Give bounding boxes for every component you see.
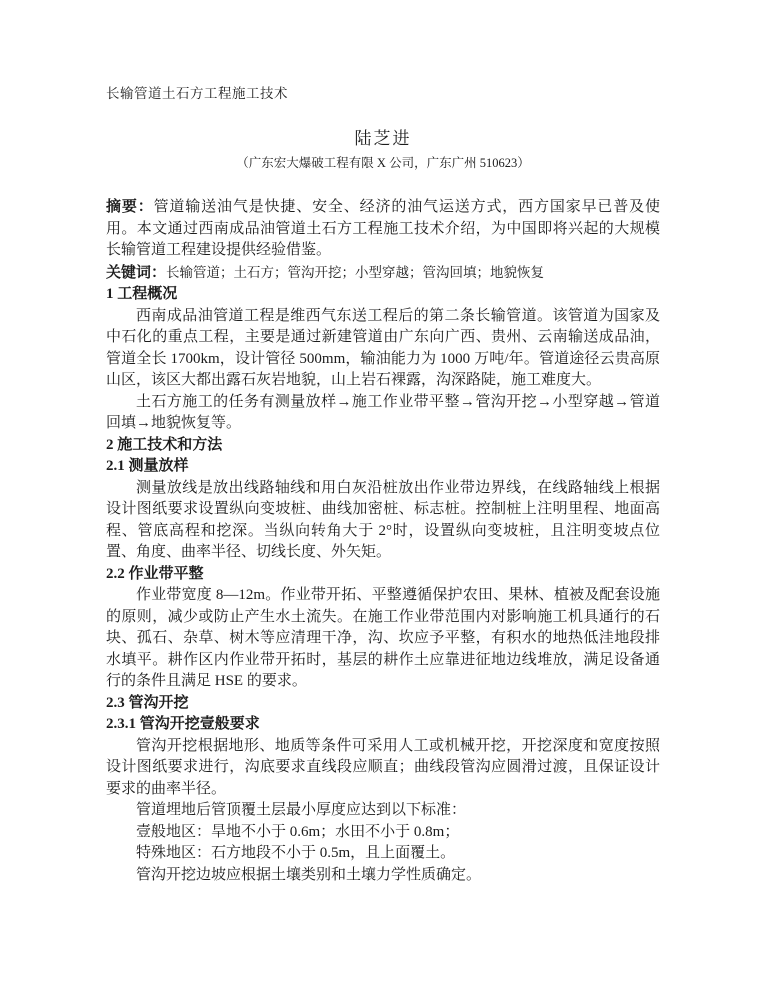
keywords-label: 关键词： (106, 265, 166, 281)
document-page: 长输管道土石方工程施工技术 陆芝进 （广东宏大爆破工程有限 X 公司，广东广州 … (0, 0, 765, 990)
document-body: 长输管道土石方工程施工技术 陆芝进 （广东宏大爆破工程有限 X 公司，广东广州 … (0, 0, 765, 886)
section-heading-2-1: 2.1 测量放样 (106, 456, 660, 478)
paragraph: 特殊地区：石方地段不小于 0.5m，且上面覆土。 (106, 843, 660, 865)
paragraph: 壹般地区：旱地不小于 0.6m；水田不小于 0.8m； (106, 822, 660, 844)
section-heading-2-3: 2.3 管沟开挖 (106, 693, 660, 715)
abstract-paragraph: 摘要：管道输送油气是快捷、安全、经济的油气运送方式，西方国家早已普及使用。本文通… (106, 197, 660, 262)
section-heading-2-3-1: 2.3.1 管沟开挖壹般要求 (106, 714, 660, 736)
section-heading-2-2: 2.2 作业带平整 (106, 564, 660, 586)
paragraph: 土石方施工的任务有测量放样→施工作业带平整→管沟开挖→小型穿越→管道回填→地貌恢… (106, 392, 660, 435)
paragraph: 管道埋地后管顶覆土层最小厚度应达到以下标准： (106, 800, 660, 822)
abstract-text: 管道输送油气是快捷、安全、经济的油气运送方式，西方国家早已普及使用。本文通过西南… (106, 199, 660, 258)
paragraph: 作业带宽度 8—12m。作业带开拓、平整遵循保护农田、果林、植被及配套设施的原则… (106, 585, 660, 693)
paragraph: 管沟开挖边坡应根据土壤类别和土壤力学性质确定。 (106, 865, 660, 887)
author-name: 陆芝进 (106, 129, 660, 149)
keywords-line: 关键词：长输管道；土石方；管沟开挖；小型穿越；管沟回填；地貌恢复 (106, 262, 660, 285)
paragraph: 测量放线是放出线路轴线和用白灰沿桩放出作业带边界线，在线路轴线上根据设计图纸要求… (106, 478, 660, 564)
abstract-label: 摘要： (106, 199, 154, 215)
document-title: 长输管道土石方工程施工技术 (106, 86, 660, 101)
author-affiliation: （广东宏大爆破工程有限 X 公司，广东广州 510623） (106, 156, 660, 171)
paragraph: 管沟开挖根据地形、地质等条件可采用人工或机械开挖，开挖深度和宽度按照设计图纸要求… (106, 736, 660, 801)
keywords-text: 长输管道；土石方；管沟开挖；小型穿越；管沟回填；地貌恢复 (166, 265, 544, 280)
paragraph: 西南成品油管道工程是维西气东送工程后的第二条长输管道。该管道为国家及中石化的重点… (106, 306, 660, 392)
section-heading-2: 2 施工技术和方法 (106, 435, 660, 457)
section-heading-1: 1 工程概况 (106, 284, 660, 306)
